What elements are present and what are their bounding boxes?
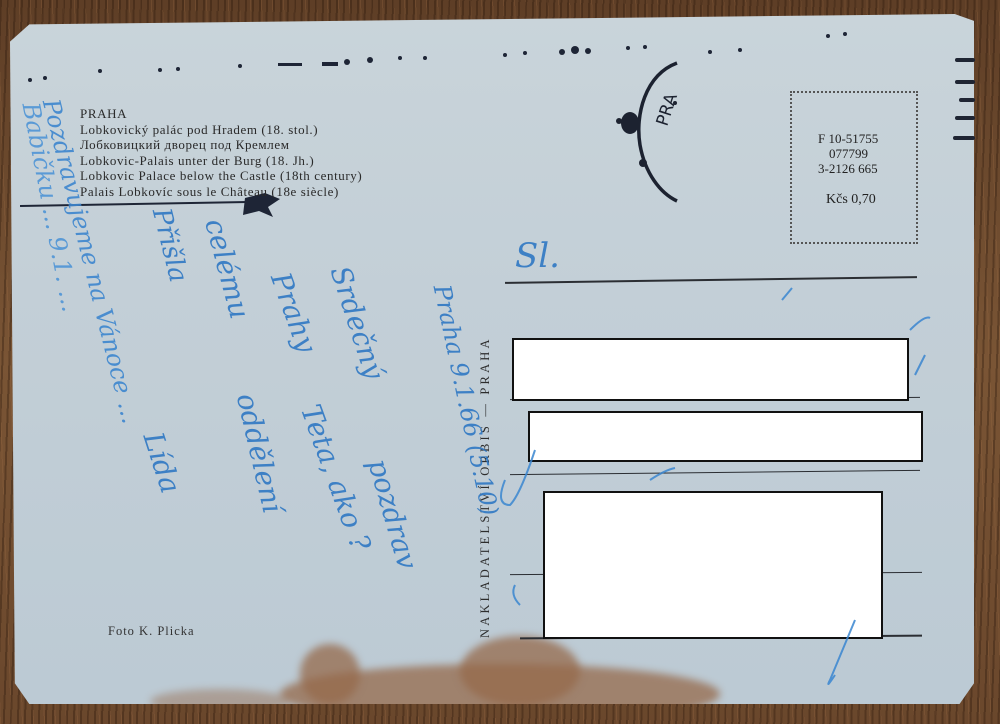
handwriting-strokes (0, 0, 1000, 724)
